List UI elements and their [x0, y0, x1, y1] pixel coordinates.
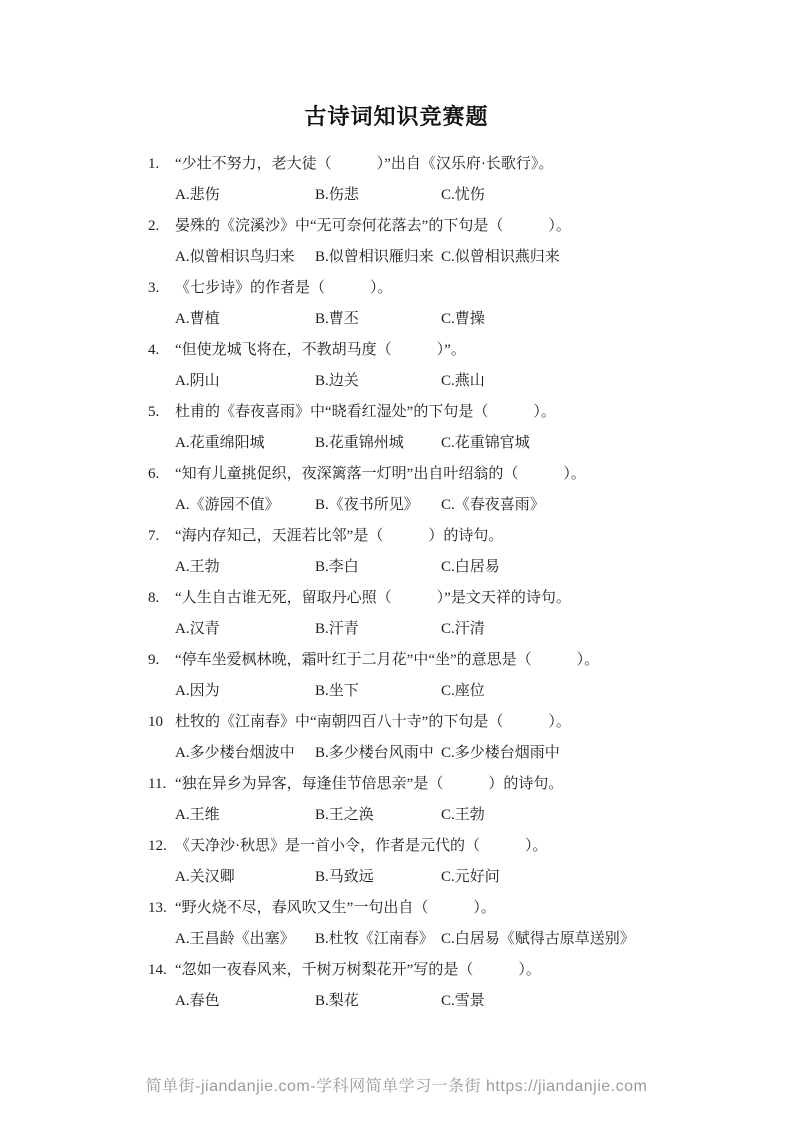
options-row: A.花重绵阳城 B.花重锦州城 C.花重锦官城 [148, 433, 738, 454]
option-a: A.悲伤 [175, 185, 315, 206]
question-line: 11. “独在异乡为异客，每逢佳节倍思亲”是（ ）的诗句。 [148, 774, 738, 795]
option-b: B.似曾相识雁归来 [315, 247, 441, 268]
option-b: B.伤悲 [315, 185, 441, 206]
question-line: 10 杜牧的《江南春》中“南朝四百八十寺”的下句是（ ）。 [148, 712, 738, 733]
option-a: A.多少楼台烟波中 [175, 743, 315, 764]
option-c: C.元好问 [441, 867, 500, 888]
option-b: B.汗青 [315, 619, 441, 640]
options-row: A.春色 B.梨花 C.雪景 [148, 991, 738, 1012]
option-a: A.春色 [175, 991, 315, 1012]
question-line: 8. “人生自古谁无死，留取丹心照（ ）”是文天祥的诗句。 [148, 588, 738, 609]
question-number: 11. [148, 774, 175, 795]
option-a: A.阴山 [175, 371, 315, 392]
question-text: 晏殊的《浣溪沙》中“无可奈何花落去”的下句是（ ）。 [175, 216, 571, 237]
option-a: A.曹植 [175, 309, 315, 330]
option-c: C.燕山 [441, 371, 485, 392]
question-block: 13. “野火烧不尽，春风吹又生”一句出自（ ）。 A.王昌龄《出塞》 B.杜牧… [148, 898, 738, 950]
footer-watermark: 简单街-jiandanjie.com-学科网简单学习一条街 https://ji… [0, 1073, 793, 1096]
option-c: C.忧伤 [441, 185, 485, 206]
question-text: 杜甫的《春夜喜雨》中“晓看红湿处”的下句是（ ）。 [175, 402, 556, 423]
option-b: B.梨花 [315, 991, 441, 1012]
question-block: 12. 《天净沙·秋思》是一首小令，作者是元代的（ ）。 A.关汉卿 B.马致远… [148, 836, 738, 888]
question-text: “少壮不努力，老大徒（ ）”出自《汉乐府·长歌行》。 [175, 154, 553, 175]
option-a: A.因为 [175, 681, 315, 702]
question-line: 7. “海内存知己，天涯若比邻”是（ ）的诗句。 [148, 526, 738, 547]
question-text: 杜牧的《江南春》中“南朝四百八十寺”的下句是（ ）。 [175, 712, 571, 733]
question-line: 14. “忽如一夜春风来，千树万树梨花开”写的是（ ）。 [148, 960, 738, 981]
option-c: C.似曾相识燕归来 [441, 247, 560, 268]
question-number: 2. [148, 216, 175, 237]
option-a: A.王昌龄《出塞》 [175, 929, 315, 950]
question-text: “独在异乡为异客，每逢佳节倍思亲”是（ ）的诗句。 [175, 774, 563, 795]
question-number: 7. [148, 526, 175, 547]
question-block: 2. 晏殊的《浣溪沙》中“无可奈何花落去”的下句是（ ）。 A.似曾相识鸟归来 … [148, 216, 738, 268]
question-text: 《天净沙·秋思》是一首小令，作者是元代的（ ）。 [175, 836, 548, 857]
option-a: A.王维 [175, 805, 315, 826]
option-c: C.曹操 [441, 309, 485, 330]
option-c: C.白居易《赋得古原草送别》 [441, 929, 635, 950]
option-c: C.王勃 [441, 805, 485, 826]
options-row: A.《游园不值》 B.《夜书所见》 C.《春夜喜雨》 [148, 495, 738, 516]
option-a: A.《游园不值》 [175, 495, 315, 516]
option-b: B.坐下 [315, 681, 441, 702]
question-number: 1. [148, 154, 175, 175]
question-number: 10 [148, 712, 175, 733]
options-row: A.汉青 B.汗青 C.汗清 [148, 619, 738, 640]
question-text: “忽如一夜春风来，千树万树梨花开”写的是（ ）。 [175, 960, 541, 981]
question-line: 9. “停车坐爱枫林晚，霜叶红于二月花”中“坐”的意思是（ ）。 [148, 650, 738, 671]
options-row: A.王勃 B.李白 C.白居易 [148, 557, 738, 578]
option-c: C.多少楼台烟雨中 [441, 743, 560, 764]
page-title: 古诗词知识竞赛题 [0, 0, 793, 131]
option-c: C.雪景 [441, 991, 485, 1012]
question-line: 13. “野火烧不尽，春风吹又生”一句出自（ ）。 [148, 898, 738, 919]
question-line: 3. 《七步诗》的作者是（ ）。 [148, 278, 738, 299]
option-a: A.汉青 [175, 619, 315, 640]
question-text: 《七步诗》的作者是（ ）。 [175, 278, 393, 299]
question-number: 4. [148, 340, 175, 361]
option-b: B.李白 [315, 557, 441, 578]
question-line: 1. “少壮不努力，老大徒（ ）”出自《汉乐府·长歌行》。 [148, 154, 738, 175]
question-block: 6. “知有儿童挑促织，夜深篱落一灯明”出自叶绍翁的（ ）。 A.《游园不值》 … [148, 464, 738, 516]
question-number: 3. [148, 278, 175, 299]
question-number: 5. [148, 402, 175, 423]
option-b: B.多少楼台风雨中 [315, 743, 441, 764]
question-block: 10 杜牧的《江南春》中“南朝四百八十寺”的下句是（ ）。 A.多少楼台烟波中 … [148, 712, 738, 764]
option-a: A.关汉卿 [175, 867, 315, 888]
options-row: A.阴山 B.边关 C.燕山 [148, 371, 738, 392]
option-b: B.《夜书所见》 [315, 495, 441, 516]
question-block: 4. “但使龙城飞将在，不教胡马度（ ）”。 A.阴山 B.边关 C.燕山 [148, 340, 738, 392]
options-row: A.王维 B.王之涣 C.王勃 [148, 805, 738, 826]
question-block: 14. “忽如一夜春风来，千树万树梨花开”写的是（ ）。 A.春色 B.梨花 C… [148, 960, 738, 1012]
document-page: 古诗词知识竞赛题 1. “少壮不努力，老大徒（ ）”出自《汉乐府·长歌行》。 A… [0, 0, 793, 1122]
footer-text: 简单街-jiandanjie.com-学科网简单学习一条街 https://ji… [146, 1078, 648, 1095]
question-number: 14. [148, 960, 175, 981]
option-c: C.白居易 [441, 557, 500, 578]
question-text: “人生自古谁无死，留取丹心照（ ）”是文天祥的诗句。 [175, 588, 571, 609]
option-b: B.王之涣 [315, 805, 441, 826]
question-line: 2. 晏殊的《浣溪沙》中“无可奈何花落去”的下句是（ ）。 [148, 216, 738, 237]
question-text: “停车坐爱枫林晚，霜叶红于二月花”中“坐”的意思是（ ）。 [175, 650, 599, 671]
option-b: B.马致远 [315, 867, 441, 888]
question-block: 7. “海内存知己，天涯若比邻”是（ ）的诗句。 A.王勃 B.李白 C.白居易 [148, 526, 738, 578]
option-a: A.王勃 [175, 557, 315, 578]
options-row: A.多少楼台烟波中 B.多少楼台风雨中 C.多少楼台烟雨中 [148, 743, 738, 764]
option-c: C.汗清 [441, 619, 485, 640]
question-number: 12. [148, 836, 175, 857]
option-c: C.座位 [441, 681, 485, 702]
option-b: B.边关 [315, 371, 441, 392]
question-text: “野火烧不尽，春风吹又生”一句出自（ ）。 [175, 898, 496, 919]
question-block: 1. “少壮不努力，老大徒（ ）”出自《汉乐府·长歌行》。 A.悲伤 B.伤悲 … [148, 154, 738, 206]
question-block: 5. 杜甫的《春夜喜雨》中“晓看红湿处”的下句是（ ）。 A.花重绵阳城 B.花… [148, 402, 738, 454]
options-row: A.似曾相识鸟归来 B.似曾相识雁归来 C.似曾相识燕归来 [148, 247, 738, 268]
question-number: 9. [148, 650, 175, 671]
question-text: “知有儿童挑促织，夜深篱落一灯明”出自叶绍翁的（ ）。 [175, 464, 586, 485]
question-text: “但使龙城飞将在，不教胡马度（ ）”。 [175, 340, 466, 361]
option-a: A.似曾相识鸟归来 [175, 247, 315, 268]
options-row: A.悲伤 B.伤悲 C.忧伤 [148, 185, 738, 206]
options-row: A.王昌龄《出塞》 B.杜牧《江南春》 C.白居易《赋得古原草送别》 [148, 929, 738, 950]
options-row: A.关汉卿 B.马致远 C.元好问 [148, 867, 738, 888]
question-line: 5. 杜甫的《春夜喜雨》中“晓看红湿处”的下句是（ ）。 [148, 402, 738, 423]
question-block: 3. 《七步诗》的作者是（ ）。 A.曹植 B.曹丕 C.曹操 [148, 278, 738, 330]
options-row: A.曹植 B.曹丕 C.曹操 [148, 309, 738, 330]
question-number: 6. [148, 464, 175, 485]
option-c: C.《春夜喜雨》 [441, 495, 545, 516]
question-line: 12. 《天净沙·秋思》是一首小令，作者是元代的（ ）。 [148, 836, 738, 857]
question-line: 4. “但使龙城飞将在，不教胡马度（ ）”。 [148, 340, 738, 361]
question-block: 8. “人生自古谁无死，留取丹心照（ ）”是文天祥的诗句。 A.汉青 B.汗青 … [148, 588, 738, 640]
question-line: 6. “知有儿童挑促织，夜深篱落一灯明”出自叶绍翁的（ ）。 [148, 464, 738, 485]
question-text: “海内存知己，天涯若比邻”是（ ）的诗句。 [175, 526, 503, 547]
quiz-body: 1. “少壮不努力，老大徒（ ）”出自《汉乐府·长歌行》。 A.悲伤 B.伤悲 … [0, 154, 793, 1012]
option-b: B.花重锦州城 [315, 433, 441, 454]
option-c: C.花重锦官城 [441, 433, 530, 454]
question-number: 8. [148, 588, 175, 609]
option-b: B.曹丕 [315, 309, 441, 330]
option-a: A.花重绵阳城 [175, 433, 315, 454]
question-block: 9. “停车坐爱枫林晚，霜叶红于二月花”中“坐”的意思是（ ）。 A.因为 B.… [148, 650, 738, 702]
question-number: 13. [148, 898, 175, 919]
options-row: A.因为 B.坐下 C.座位 [148, 681, 738, 702]
question-block: 11. “独在异乡为异客，每逢佳节倍思亲”是（ ）的诗句。 A.王维 B.王之涣… [148, 774, 738, 826]
option-b: B.杜牧《江南春》 [315, 929, 441, 950]
